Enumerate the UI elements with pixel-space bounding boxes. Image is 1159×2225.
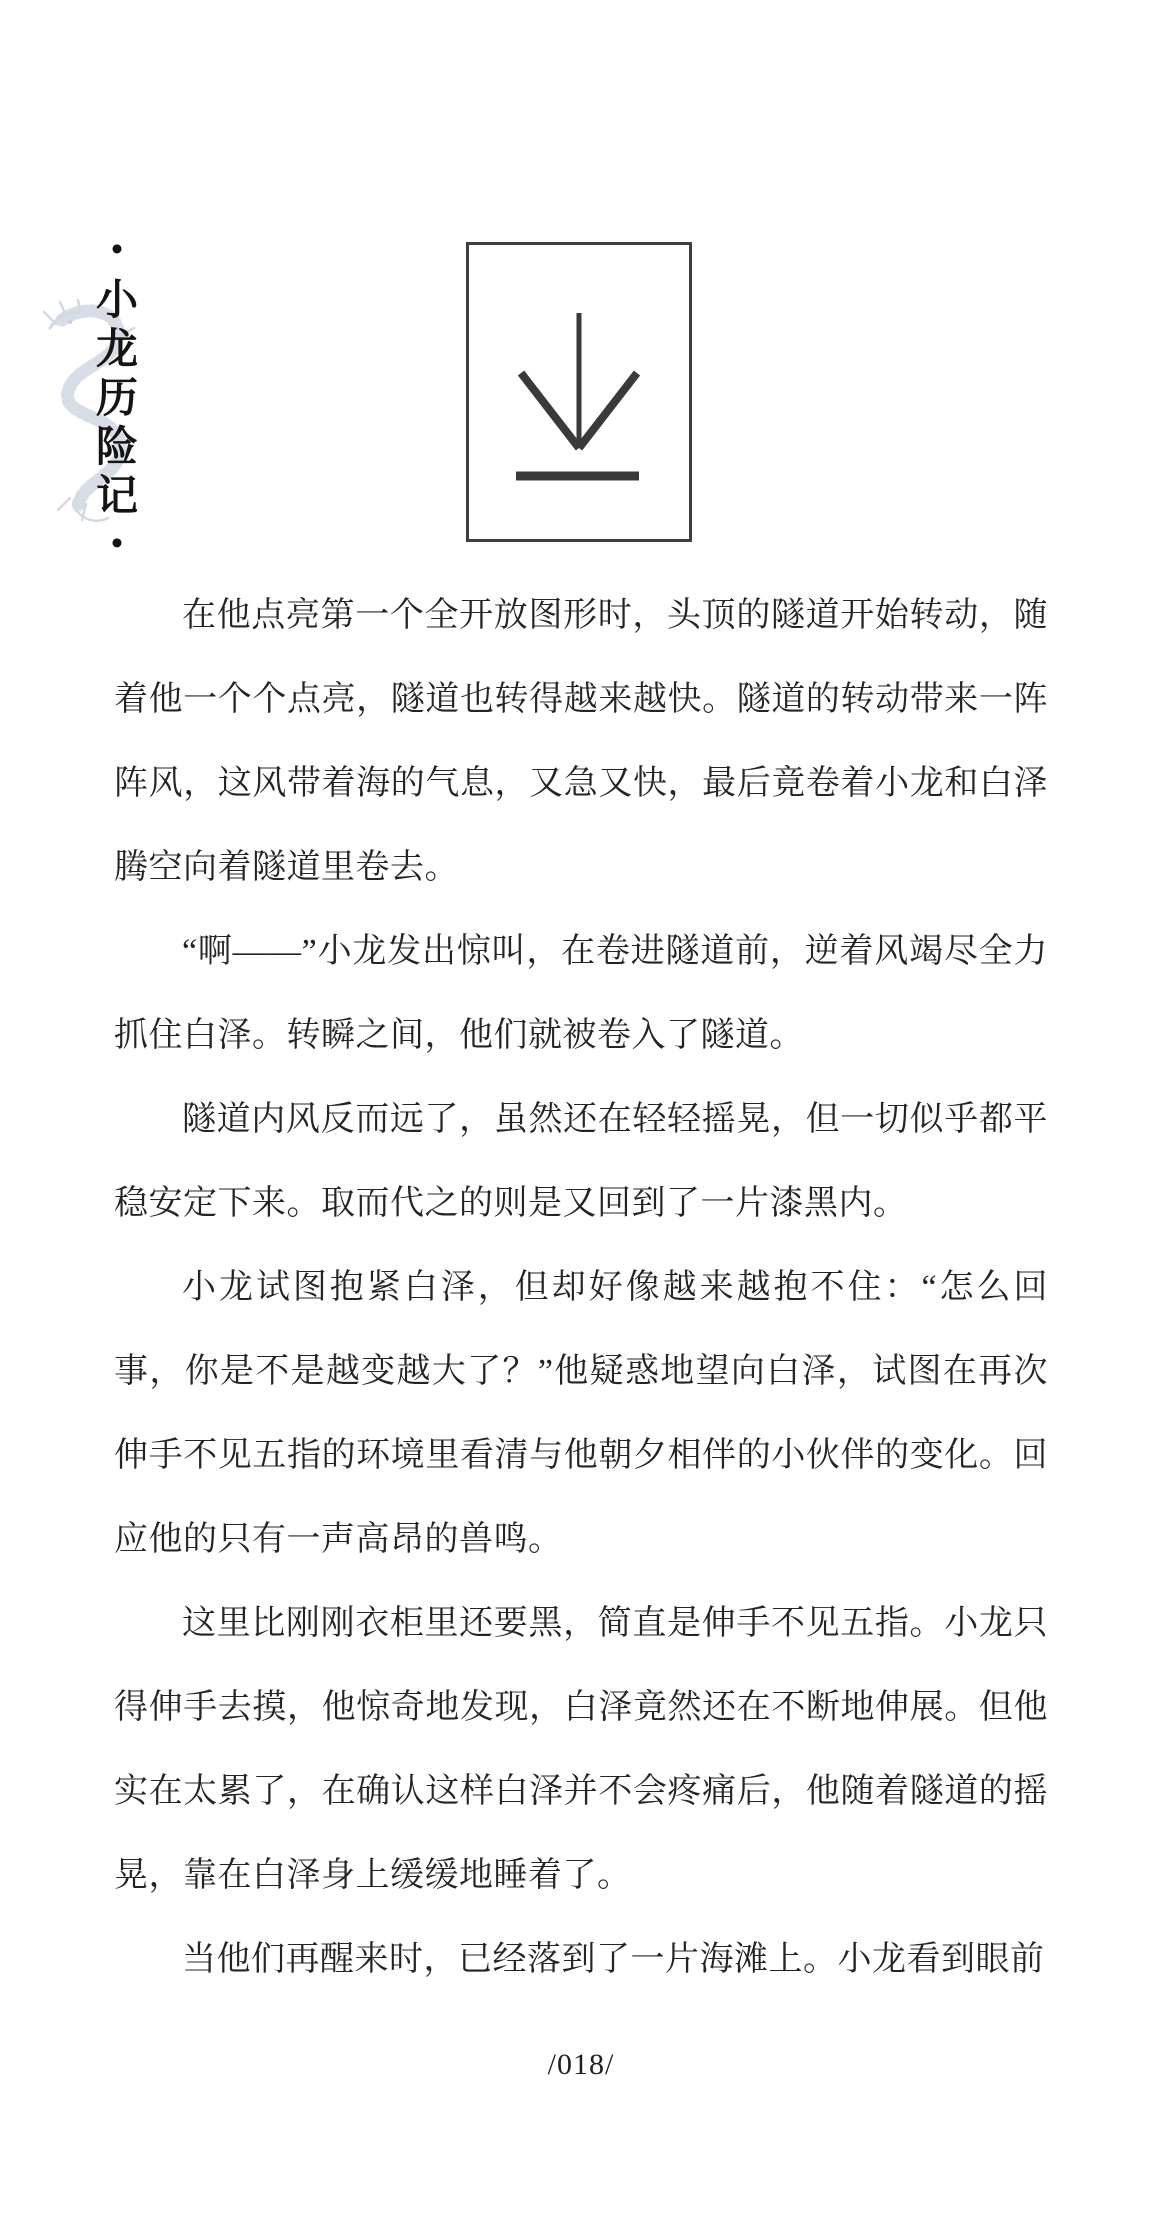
story-text: 在他点亮第一个全开放图形时，头顶的隧道开始转动，随着他一个个点亮，隧道也转得越来… [114, 574, 1048, 2002]
paragraph: 小龙试图抱紧白泽，但却好像越来越抱不住：“怎么回事，你是不是越变越大了？”他疑惑… [114, 1246, 1048, 1582]
page-number: /018/ [114, 2048, 1048, 2082]
book-title-vertical: ・小龙历险记・ [92, 228, 134, 571]
download-arrow-icon [469, 245, 689, 539]
paragraph: “啊——”小龙发出惊叫，在卷进隧道前，逆着风竭尽全力抓住白泽。转瞬之间，他们就被… [114, 910, 1048, 1078]
chapter-figure-frame [466, 242, 692, 542]
paragraph: 隧道内风反而远了，虽然还在轻轻摇晃，但一切似乎都平稳安定下来。取而代之的则是又回… [114, 1078, 1048, 1246]
book-page: ・小龙历险记・ 在他点亮第一个全开放图形时，头顶的隧道开始转动，随着他一个个点亮… [0, 0, 1159, 2225]
paragraph: 这里比刚刚衣柜里还要黑，简直是伸手不见五指。小龙只得伸手去摸，他惊奇地发现，白泽… [114, 1582, 1048, 1918]
sidebar-title-area: ・小龙历险记・ [30, 220, 150, 600]
paragraph: 当他们再醒来时，已经落到了一片海滩上。小龙看到眼前 [114, 1918, 1048, 2002]
paragraph: 在他点亮第一个全开放图形时，头顶的隧道开始转动，随着他一个个点亮，隧道也转得越来… [114, 574, 1048, 910]
